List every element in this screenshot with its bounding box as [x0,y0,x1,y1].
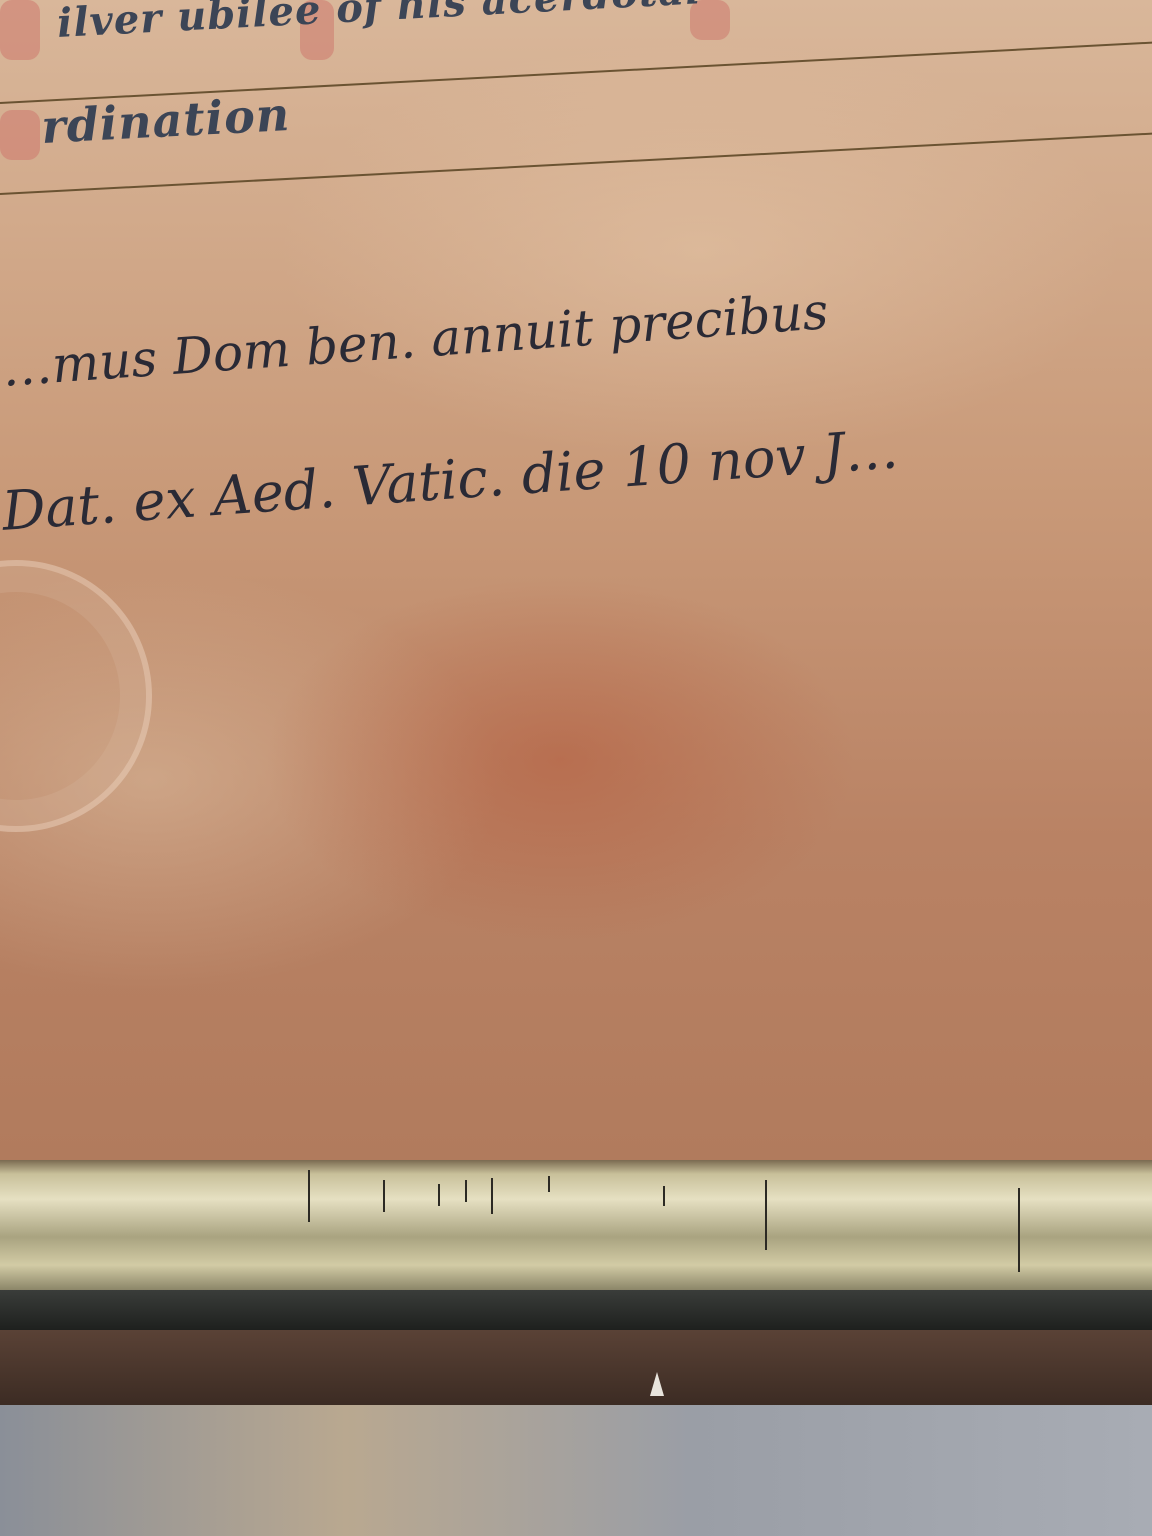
frame-scratch [308,1170,310,1222]
frame-scratch [548,1176,550,1192]
frame-scratch [438,1184,440,1206]
frame-scratch [465,1180,467,1202]
frame-scratch [765,1180,767,1250]
frame-scratch [663,1186,665,1206]
frame-scratch [1018,1188,1020,1272]
frame-scratch [491,1178,493,1214]
handwriting-line-1: …mus Dom ben. annuit precibus [0,282,830,398]
embossed-seal [0,560,152,832]
header-line-1: ilver ubilee of his acerdotal [56,0,702,47]
document-paper: ilver ubilee of his acerdotal rdination … [0,0,1152,1200]
handwriting-line-2: Dat. ex Aed. Vatic. die 10 nov J… [0,417,900,542]
header-line-2: rdination [40,87,291,154]
frame-wood-edge [0,1330,1152,1410]
frame-gold-molding [0,1160,1152,1300]
background-surface [0,1405,1152,1536]
illuminated-initial-s [0,0,40,60]
frame-black-band [0,1290,1152,1330]
frame-scratch [383,1180,385,1212]
illuminated-initial-o [0,110,40,160]
